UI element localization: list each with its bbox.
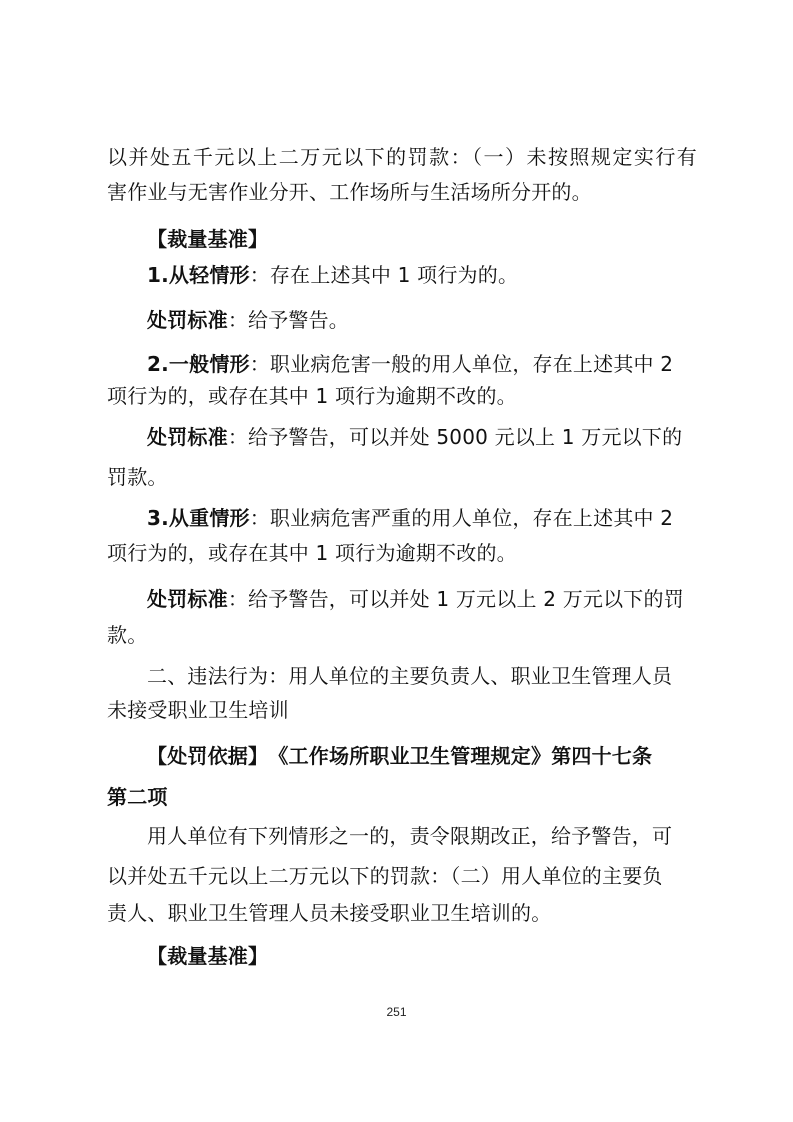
paragraph-line: 项行为的，或存在其中 1 项行为逾期不改的。 [107, 539, 697, 567]
case-label: 1.从轻情形 [147, 263, 250, 287]
heading-text: 【裁量基准】 [147, 227, 268, 251]
document-page: 以并处五千元以上二万元以下的罚款：（一）未按照规定实行有 害作业与无害作业分开、… [0, 0, 793, 1122]
penalty-basis-heading: 【处罚依据】 《工作场所职业卫生管理规定》第四十七条 [147, 742, 697, 770]
case-text: ：职业病危害一般的用人单位，存在上述其中 2 [250, 352, 673, 376]
penalty-text: ：给予警告，可以并处 1 万元以上 2 万元以下的罚 [228, 587, 684, 611]
paragraph-line: 害作业与无害作业分开、工作场所与生活场所分开的。 [107, 178, 697, 206]
regulation-text: 用人单位有下列情形之一的，责令限期改正，给予警告，可 [147, 822, 697, 850]
severe-case: 3.从重情形：职业病危害严重的用人单位，存在上述其中 2 [147, 504, 697, 532]
page-number: 251 [0, 1004, 793, 1020]
general-case: 2.一般情形：职业病危害一般的用人单位，存在上述其中 2 [147, 350, 697, 378]
paragraph-line: 罚款。 [107, 463, 697, 491]
penalty-label: 处罚标准 [147, 425, 228, 449]
section-heading-discretion-standard: 【裁量基准】 [147, 225, 697, 253]
case-label: 3.从重情形 [147, 506, 250, 530]
penalty-label: 处罚标准 [147, 308, 228, 332]
penalty-standard: 处罚标准：给予警告，可以并处 1 万元以上 2 万元以下的罚 [147, 585, 697, 613]
penalty-standard: 处罚标准：给予警告。 [147, 306, 697, 334]
paragraph-line: 项行为的，或存在其中 1 项行为逾期不改的。 [107, 382, 697, 410]
paragraph-line: 以并处五千元以上二万元以下的罚款：（一）未按照规定实行有 [107, 143, 697, 171]
case-label: 2.一般情形 [147, 352, 250, 376]
section-heading-discretion-standard: 【裁量基准】 [147, 942, 697, 970]
line-text: 第二项 [107, 785, 168, 809]
case-text: ：存在上述其中 1 项行为的。 [250, 263, 518, 287]
paragraph-line: 责人、职业卫生管理人员未接受职业卫生培训的。 [107, 899, 697, 927]
paragraph-line: 未接受职业卫生培训 [107, 696, 697, 724]
penalty-label: 处罚标准 [147, 587, 228, 611]
line-text: 项行为的，或存在其中 1 项行为逾期不改的。 [107, 384, 517, 408]
heading-text: 【处罚依据】 《工作场所职业卫生管理规定》第四十七条 [147, 744, 652, 768]
line-text: 用人单位有下列情形之一的，责令限期改正，给予警告，可 [147, 824, 672, 848]
line-text: 款。 [107, 623, 147, 647]
violation-heading: 二、违法行为：用人单位的主要负责人、职业卫生管理人员 [147, 662, 697, 690]
line-text: 项行为的，或存在其中 1 项行为逾期不改的。 [107, 541, 517, 565]
penalty-text: ：给予警告，可以并处 5000 元以上 1 万元以下的 [228, 425, 682, 449]
penalty-text: ：给予警告。 [228, 308, 349, 332]
paragraph-line: 款。 [107, 621, 697, 649]
lenient-case: 1.从轻情形：存在上述其中 1 项行为的。 [147, 261, 697, 289]
penalty-standard: 处罚标准：给予警告，可以并处 5000 元以上 1 万元以下的 [147, 423, 697, 451]
line-text: 未接受职业卫生培训 [107, 698, 289, 722]
heading-text: 【裁量基准】 [147, 944, 268, 968]
line-text: 以并处五千元以上二万元以下的罚款：（二）用人单位的主要负 [107, 864, 663, 888]
case-text: ：职业病危害严重的用人单位，存在上述其中 2 [250, 506, 673, 530]
paragraph-line: 第二项 [107, 783, 697, 811]
line-text: 责人、职业卫生管理人员未接受职业卫生培训的。 [107, 901, 551, 925]
line-text: 以并处五千元以上二万元以下的罚款：（一）未按照规定实行有 [107, 145, 697, 169]
paragraph-line: 以并处五千元以上二万元以下的罚款：（二）用人单位的主要负 [107, 862, 697, 890]
line-text: 害作业与无害作业分开、工作场所与生活场所分开的。 [107, 180, 592, 204]
line-text: 二、违法行为：用人单位的主要负责人、职业卫生管理人员 [147, 664, 672, 688]
line-text: 罚款。 [107, 465, 168, 489]
